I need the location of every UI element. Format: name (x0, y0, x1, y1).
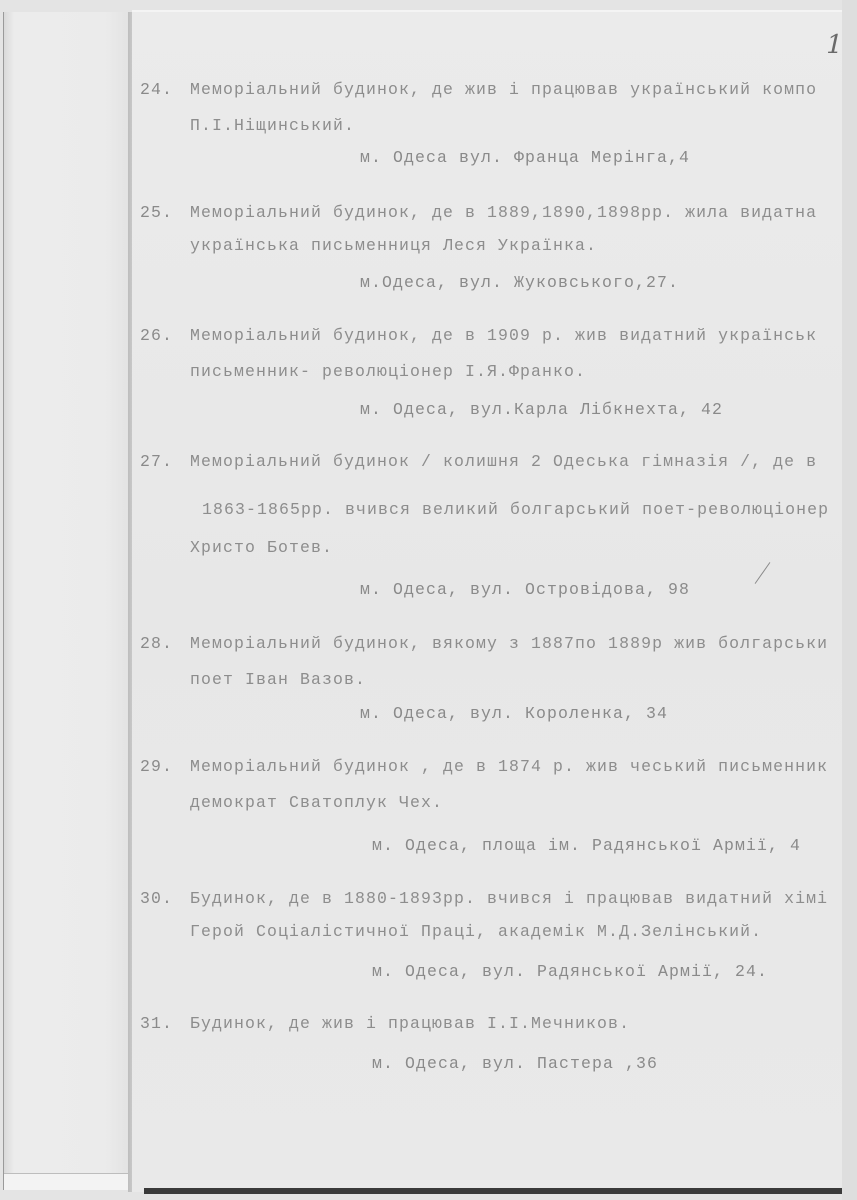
entry-number: 25. (140, 203, 173, 222)
entry-text: Меморіальний будинок, де жив і працював … (190, 80, 817, 99)
entry-number: 29. (140, 757, 173, 776)
entry-address: м.Одеса, вул. Жуковського,27. (360, 273, 679, 292)
scanned-document: 1 24. Меморіальний будинок, де жив і пра… (0, 0, 857, 1200)
entry-address: м. Одеса, площа ім. Радянської Армії, 4 (372, 836, 801, 855)
entry-number: 27. (140, 452, 173, 471)
entry-number: 26. (140, 326, 173, 345)
entry-number: 30. (140, 889, 173, 908)
left-page-edge (3, 12, 131, 1190)
entry-text: Меморіальний будинок , де в 1874 р. жив … (190, 757, 828, 776)
entry-number: 31. (140, 1014, 173, 1033)
entry-text: Будинок, де в 1880-1893рр. вчився і прац… (190, 889, 828, 908)
entry-text: українська письменниця Леся Українка. (190, 236, 597, 255)
entry-text: Меморіальний будинок / колишня 2 Одеська… (190, 452, 817, 471)
entry-text: 1863-1865рр. вчився великий болгарський … (202, 500, 829, 519)
entry-text: Меморіальний будинок, де в 1909 р. жив в… (190, 326, 817, 345)
entry-address: м. Одеса, вул. Островідова, 98 (360, 580, 690, 599)
entry-text: Меморіальний будинок, вякому з 1887по 18… (190, 634, 828, 653)
entry-address: м. Одеса, вул. Радянської Армії, 24. (372, 962, 768, 981)
entry-text: П.І.Ніщинський. (190, 116, 355, 135)
entry-text: Герой Соціалістичної Праці, академік М.Д… (190, 922, 762, 941)
left-page-bottom-edge (4, 1173, 131, 1190)
page-bottom-shadow (144, 1188, 842, 1194)
entry-number: 24. (140, 80, 173, 99)
entry-text: демократ Сватоплук Чех. (190, 793, 443, 812)
entry-text: письменник- революціонер І.Я.Франко. (190, 362, 586, 381)
entry-address: м. Одеса, вул.Карла Лібкнехта, 42 (360, 400, 723, 419)
entry-address: м. Одеса вул. Франца Мерінга,4 (360, 148, 690, 167)
scan-margin (842, 0, 857, 1200)
entry-number: 28. (140, 634, 173, 653)
entry-text: Будинок, де жив і працював І.І.Мечников. (190, 1014, 630, 1033)
entry-address: м. Одеса, вул. Короленка, 34 (360, 704, 668, 723)
entry-text: Христо Ботев. (190, 538, 333, 557)
entry-address: м. Одеса, вул. Пастера ,36 (372, 1054, 658, 1073)
entry-text: поет Іван Вазов. (190, 670, 366, 689)
entry-text: Меморіальний будинок, де в 1889,1890,189… (190, 203, 817, 222)
